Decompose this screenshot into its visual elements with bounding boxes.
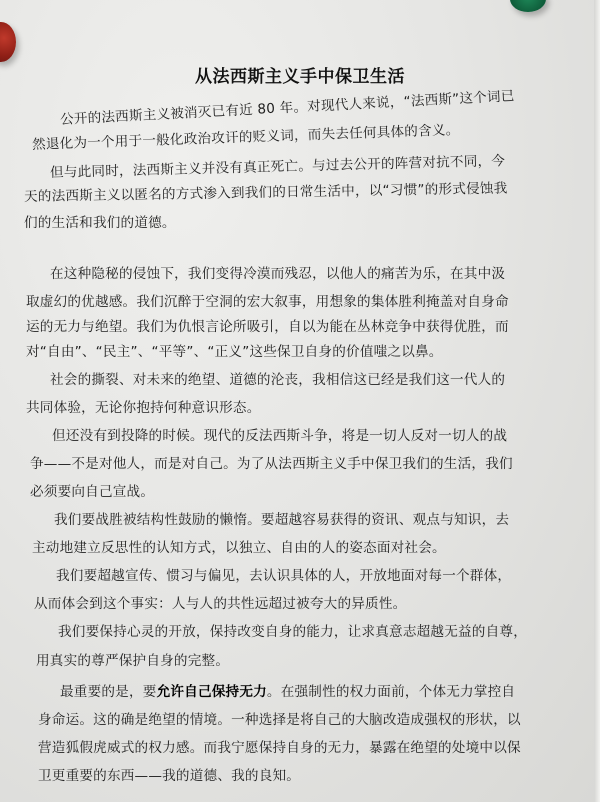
text-line: 主动地建立反思性的认知方式，以独立、自由的人的姿态面对社会。 [32,536,446,556]
paper-edge [594,0,600,802]
text-line: 我们要战胜被结构性鼓励的懒惰。要超越容易获得的资讯、观点与知识，去 [54,508,509,528]
text-segment: 。在强制性的权力面前，个体无力掌控自 [267,684,515,700]
text-line: 争——不是对他人，而是对自己。为了从法西斯主义手中保卫我们的生活，我们 [30,452,513,472]
text-line: 社会的撕裂、对未来的绝望、道德的沦丧，我相信这已经是我们这一代人的 [50,368,505,388]
text-line-emphasis: 最重要的是，要允许自己保持无力。在强制性的权力面前，个体无力掌控自 [60,680,515,700]
text-line: 运的无力与绝望。我们为仇恨言论所吸引，自以为能在丛林竞争中获得优胜，而 [26,315,509,335]
text-line: 对“自由”、“民主”、“平等”、“正义”这些保卫自身的价值嗤之以鼻。 [26,340,443,360]
text-line: 取虚幻的优越感。我们沉醉于空洞的宏大叙事，用想象的集体胜利掩盖对自身命 [26,290,509,310]
text-line: 但还没有到投降的时候。现代的反法西斯斗争，将是一切人反对一切人的战 [52,424,507,444]
text-line: 们的生活和我们的道德。 [24,211,176,231]
text-line: 身命运。这的确是绝望的情境。一种选择是将自己的大脑改造成强权的形状，以 [38,708,521,728]
text-line: 用真实的尊严保护自身的完整。 [36,649,229,669]
bold-emphasis: 允许自己保持无力 [157,684,267,700]
document-title: 从法西斯主义手中保卫生活 [0,62,600,87]
text-line: 我们要超越宣传、惯习与偏见，去认识具体的人，开放地面对每一个群体， [56,564,511,584]
text-line: 在这种隐秘的侵蚀下，我们变得冷漠而残忍，以他人的痛苦为乐，在其中汲 [50,262,505,282]
text-line: 共同体验，无论你抱持何种意识形态。 [26,396,261,416]
text-line: 必须要向自己宣战。 [30,480,154,500]
text-line: 营造狐假虎威式的权力感。而我宁愿保持自身的无力，暴露在绝望的处境中以保 [38,736,521,756]
text-line: 我们要保持心灵的开放，保持改变自身的能力，让求真意志超越无益的自尊， [58,620,527,640]
text-line: 卫更重要的东西——我的道德、我的良知。 [38,764,300,784]
text-line: 从而体会到这个事实：人与人的共性远超过被夸大的异质性。 [34,592,406,612]
text-segment: 最重要的是，要 [60,684,157,700]
